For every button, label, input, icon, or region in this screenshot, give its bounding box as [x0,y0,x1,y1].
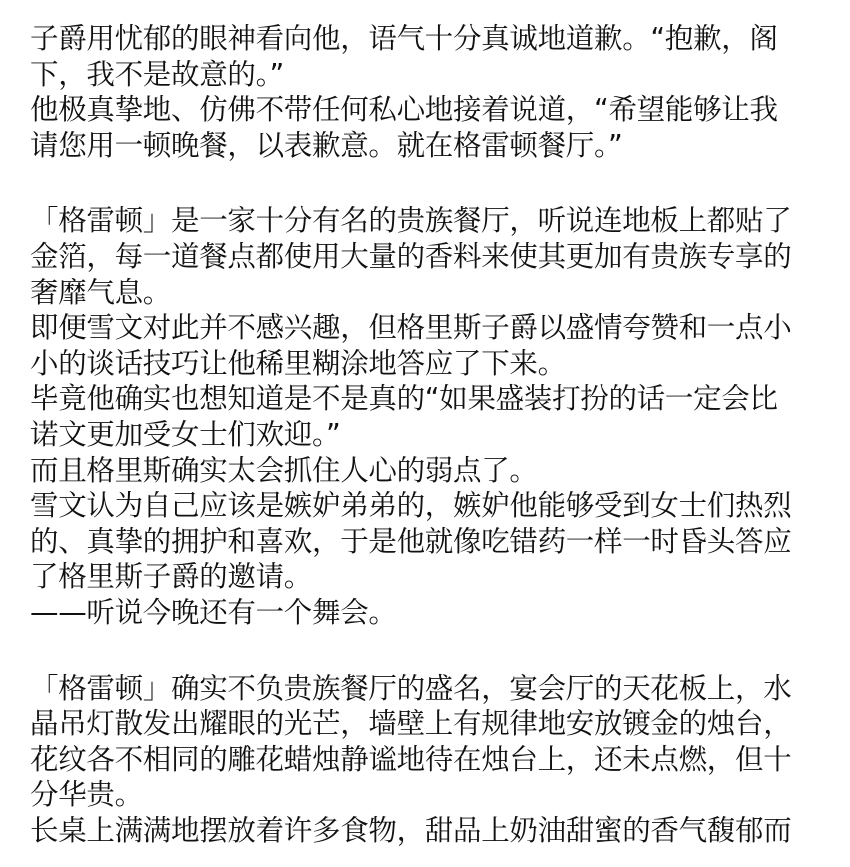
paragraph-restaurant-intro: 「格雷顿」是一家十分有名的贵族餐厅，听说连地板上都贴了 金箔，每一道餐点都使用大… [30,203,830,630]
text-line: 长桌上满满地摆放着许多食物，甜品上奶油甜蜜的香气馥郁而 [30,813,830,849]
text-line: ——听说今晚还有一个舞会。 [30,595,830,631]
text-line: 即便雪文对此并不感兴趣，但格里斯子爵以盛情夸赞和一点小 [30,310,830,346]
text-line: 诺文更加受女士们欢迎。” [30,417,830,453]
text-line: 奢靡气息。 [30,275,830,311]
text-line: 子爵用忧郁的眼神看向他，语气十分真诚地道歉。“抱歉，阁 [30,21,830,57]
paragraph-apology: 子爵用忧郁的眼神看向他，语气十分真诚地道歉。“抱歉，阁 下，我不是故意的。” 他… [30,21,830,163]
text-line: 下，我不是故意的。” [30,57,830,93]
text-line: 雪文认为自己应该是嫉妒弟弟的，嫉妒他能够受到女士们热烈 [30,488,830,524]
text-line: 金箔，每一道餐点都使用大量的香料来使其更加有贵族专享的 [30,239,830,275]
paragraph-banquet-hall: 「格雷顿」确实不负贵族餐厅的盛名，宴会厅的天花板上，水 晶吊灯散发出耀眼的光芒，… [30,671,830,849]
text-line: 分华贵。 [30,777,830,813]
text-line: 而且格里斯确实太会抓住人心的弱点了。 [30,453,830,489]
text-line: 花纹各不相同的雕花蜡烛静谧地待在烛台上，还未点燃，但十 [30,742,830,778]
paragraph-break [30,163,830,203]
text-line: 他极真挚地、仿佛不带任何私心地接着说道，“希望能够让我 [30,92,830,128]
text-line: 小的谈话技巧让他稀里糊涂地答应了下来。 [30,346,830,382]
paragraph-break [30,631,830,671]
text-line: 的、真挚的拥护和喜欢，于是他就像吃错药一样一时昏头答应 [30,524,830,560]
text-line: 晶吊灯散发出耀眼的光芒，墙壁上有规律地安放镀金的烛台， [30,706,830,742]
text-line: 「格雷顿」是一家十分有名的贵族餐厅，听说连地板上都贴了 [30,203,830,239]
text-line: 毕竟他确实也想知道是不是真的“如果盛装打扮的话一定会比 [30,381,830,417]
text-line: 「格雷顿」确实不负贵族餐厅的盛名，宴会厅的天花板上，水 [30,671,830,707]
text-line: 了格里斯子爵的邀请。 [30,559,830,595]
document-body: 子爵用忧郁的眼神看向他，语气十分真诚地道歉。“抱歉，阁 下，我不是故意的。” 他… [30,21,830,848]
text-line: 请您用一顿晚餐，以表歉意。就在格雷顿餐厅。” [30,128,830,164]
